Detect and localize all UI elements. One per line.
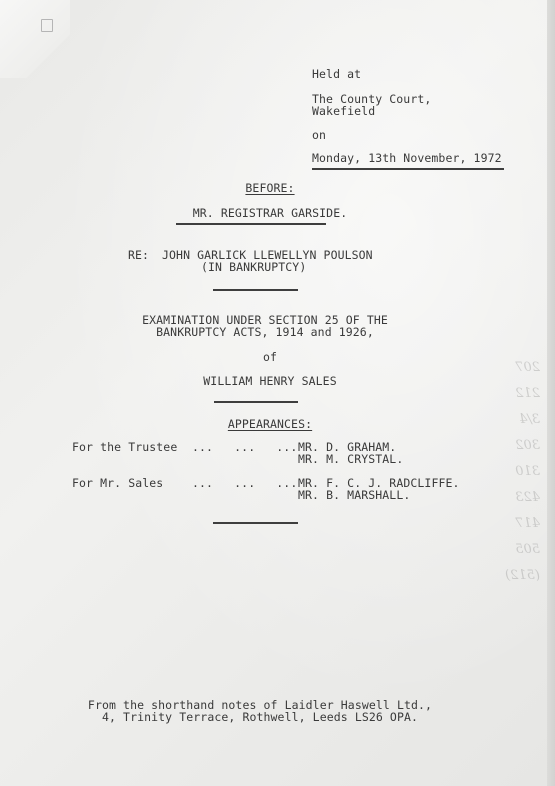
- section-divider: [214, 401, 298, 403]
- held-at-label: Held at: [312, 68, 361, 81]
- before-label: BEFORE:: [160, 182, 380, 195]
- counsel-name: MR. B. MARSHALL.: [298, 489, 410, 502]
- staple-mark: [41, 19, 53, 32]
- on-label: on: [312, 129, 326, 142]
- bleed-line: 417: [500, 511, 540, 537]
- folded-corner: [0, 0, 70, 78]
- bleed-line: 207: [500, 355, 540, 381]
- bleed-line: 310: [500, 459, 540, 485]
- document-page: 207 212 3/4 302 310 423 417 505 (512) He…: [0, 0, 555, 786]
- bleed-line: 423: [500, 485, 540, 511]
- section-divider: [213, 289, 298, 291]
- counsel-name: MR. M. CRYSTAL.: [298, 453, 403, 466]
- bleed-line: 505: [500, 537, 540, 563]
- examination-line2: BANKRUPTCY ACTS, 1914 and 1926,: [110, 326, 420, 339]
- bleed-line: 212: [500, 381, 540, 407]
- handwriting-bleed-through: 207 212 3/4 302 310 423 417 505 (512): [500, 355, 540, 685]
- bankruptcy-status: (IN BANKRUPTCY): [201, 261, 306, 274]
- bleed-line: (512): [500, 563, 540, 589]
- examinee-name: WILLIAM HENRY SALES: [150, 375, 390, 388]
- date-underline: [312, 168, 504, 170]
- dot-leader: ... ... ...: [192, 441, 297, 454]
- bleed-line: 302: [500, 433, 540, 459]
- party-label: For the Trustee: [72, 441, 177, 454]
- paper-edge: [547, 0, 555, 786]
- bleed-line: 3/4: [500, 407, 540, 433]
- venue-line2: Wakefield: [312, 105, 375, 118]
- dot-leader: ... ... ...: [192, 477, 297, 490]
- re-prefix: RE:: [128, 249, 149, 262]
- party-label: For Mr. Sales: [72, 477, 163, 490]
- hearing-date: Monday, 13th November, 1972: [312, 152, 502, 165]
- section-divider: [213, 522, 298, 524]
- of-label: of: [160, 351, 380, 364]
- appearances-heading: APPEARANCES:: [150, 418, 390, 431]
- registrar-underline: [176, 223, 326, 225]
- footer-line2: 4, Trinity Terrace, Rothwell, Leeds LS26…: [40, 711, 480, 724]
- registrar-name: MR. REGISTRAR GARSIDE.: [150, 207, 390, 220]
